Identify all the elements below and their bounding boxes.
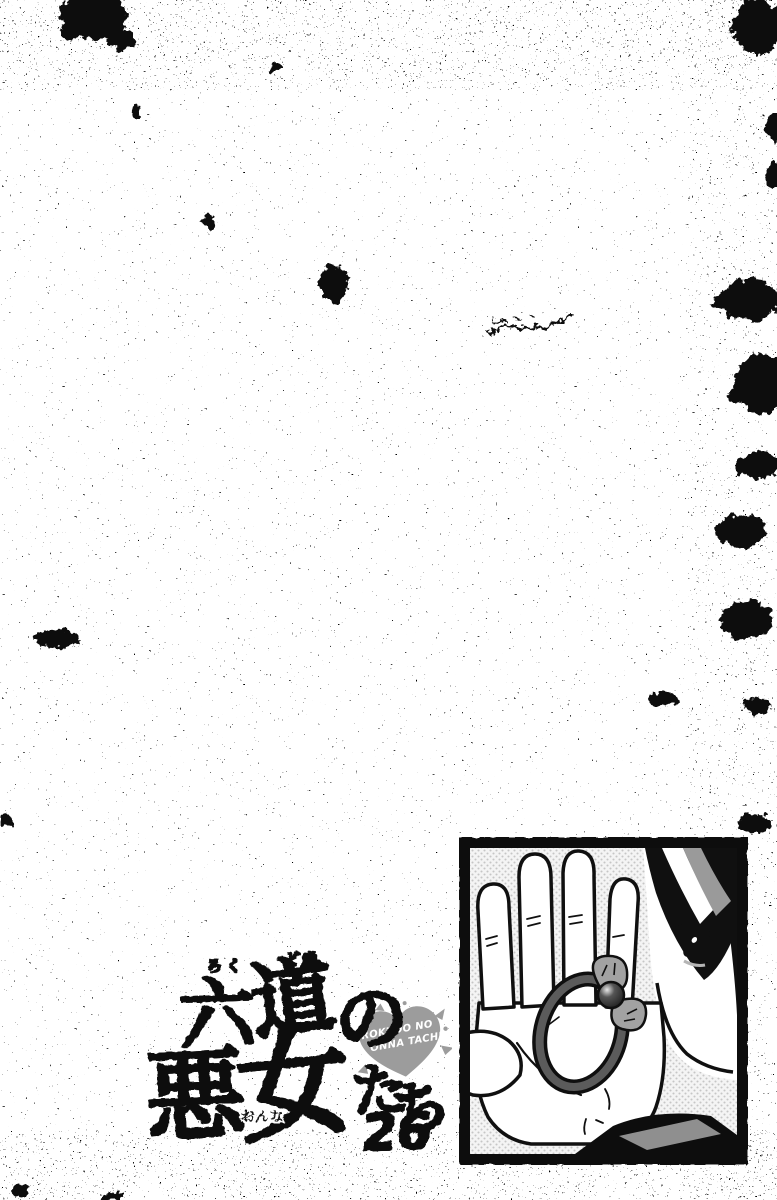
title-kanji-onna: 女 bbox=[232, 1025, 356, 1149]
furigana-onna: おんな bbox=[241, 1111, 285, 1125]
title-logo: ろく どう 六 道 の 悪 女 た ち おんな 26 bbox=[0, 0, 777, 1200]
volume-number: 26 bbox=[359, 1106, 434, 1158]
manga-inside-cover-page: ROKUDO NO ONNA TACHI ろく どう 六 道 の 悪 女 た ち… bbox=[0, 0, 777, 1200]
title-kanji-aku: 悪 bbox=[143, 1044, 247, 1148]
